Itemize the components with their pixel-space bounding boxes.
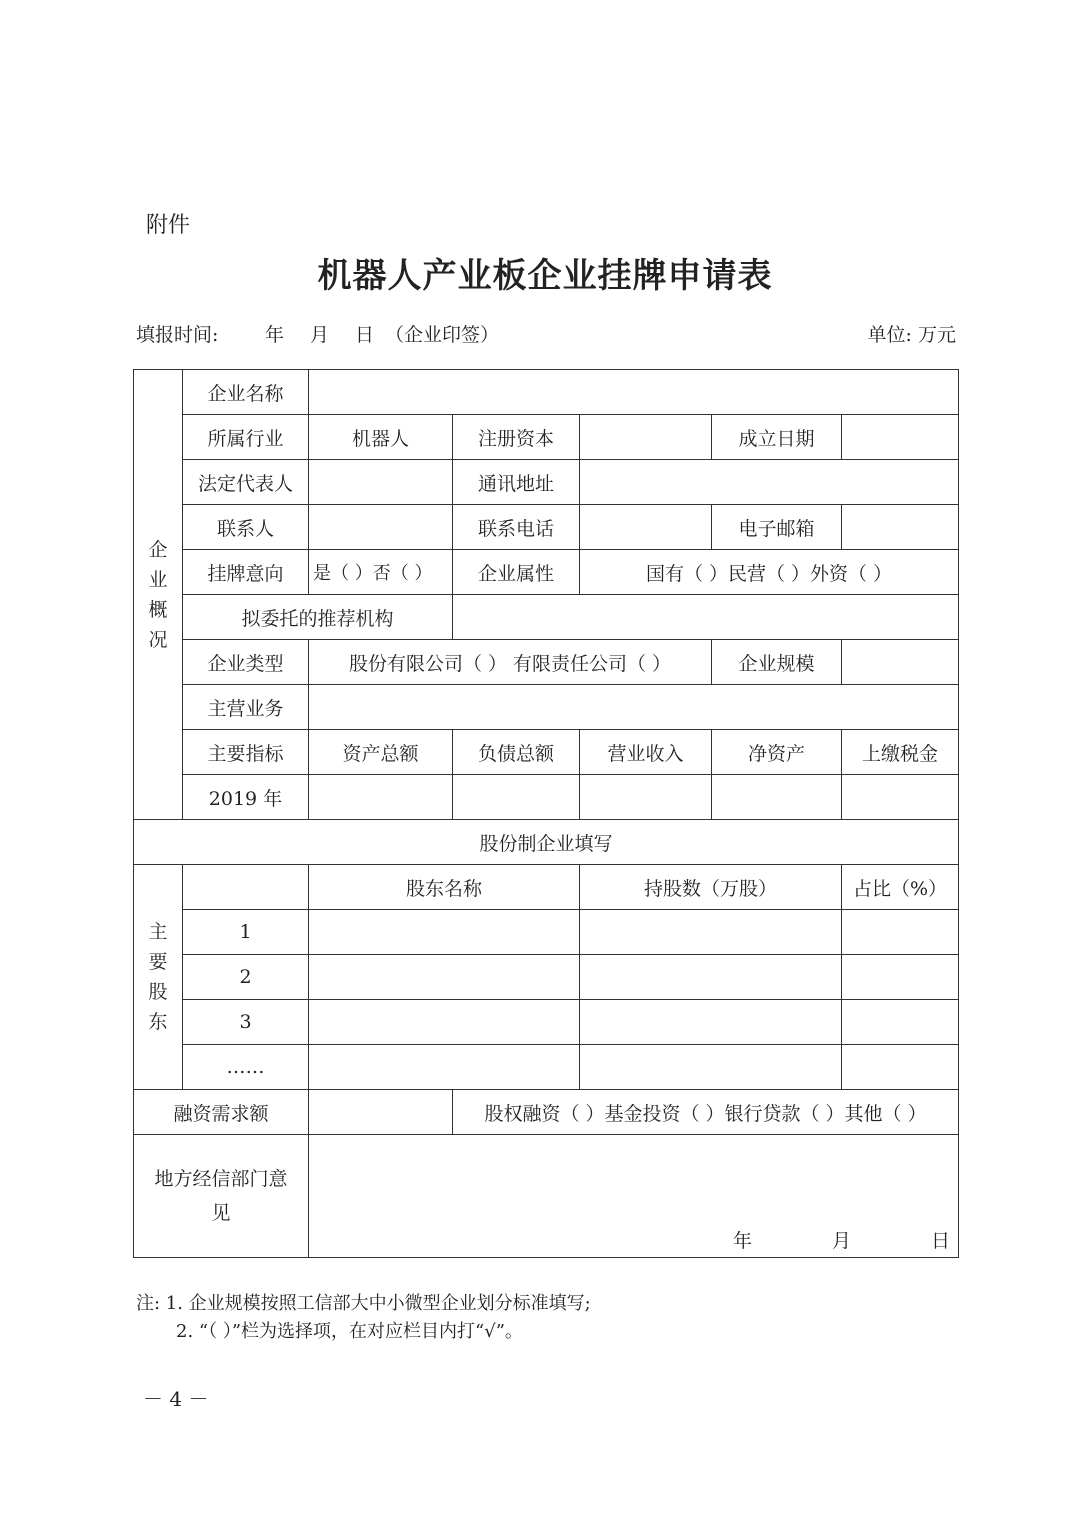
main-business-label: 主营业务 xyxy=(183,685,309,730)
opinion-month-label: 月 xyxy=(832,1226,851,1253)
attachment-label: 附件 xyxy=(146,208,190,239)
financing-amount-field[interactable] xyxy=(309,1090,453,1135)
indicator-header-taxes: 上缴税金 xyxy=(842,730,959,775)
established-date-field[interactable] xyxy=(842,415,959,460)
shareholder-row: …… xyxy=(134,1045,959,1090)
shareholder-row: 2 xyxy=(134,955,959,1000)
phone-label: 联系电话 xyxy=(453,505,580,550)
shareholder-name-field[interactable] xyxy=(309,910,580,955)
email-label: 电子邮箱 xyxy=(712,505,842,550)
email-field[interactable] xyxy=(842,505,959,550)
company-nature-options[interactable]: 国有（ ）民营（ ）外资（ ） xyxy=(580,550,959,595)
shareholder-shares-field[interactable] xyxy=(580,1045,842,1090)
indicators-label: 主要指标 xyxy=(183,730,309,775)
company-name-field[interactable] xyxy=(309,370,959,415)
shareholder-name-header: 股东名称 xyxy=(309,865,580,910)
shareholder-row: 1 xyxy=(134,910,959,955)
sponsor-field[interactable] xyxy=(453,595,959,640)
shareholder-name-field[interactable] xyxy=(309,1045,580,1090)
indicator-header-assets: 资产总额 xyxy=(309,730,453,775)
year-label: 2019 年 xyxy=(183,775,309,820)
unit-label: 单位: 万元 xyxy=(868,320,956,347)
shareholder-name-field[interactable] xyxy=(309,1000,580,1045)
liabilities-field[interactable] xyxy=(453,775,580,820)
contact-field[interactable] xyxy=(309,505,453,550)
opinion-label: 地方经信部门意见 xyxy=(134,1135,309,1258)
industry-field[interactable]: 机器人 xyxy=(309,415,453,460)
shareholder-ratio-field[interactable] xyxy=(842,955,959,1000)
shareholder-name-field[interactable] xyxy=(309,955,580,1000)
shareholder-ratio-field[interactable] xyxy=(842,910,959,955)
shareholder-index-header xyxy=(183,865,309,910)
opinion-day-label: 日 xyxy=(931,1226,950,1253)
note-2: 2. “（ ）”栏为选择项，在对应栏目内打“√”。 xyxy=(136,1318,591,1346)
listing-intent-label: 挂牌意向 xyxy=(183,550,309,595)
net-assets-field[interactable] xyxy=(712,775,842,820)
shareholder-index: 2 xyxy=(183,955,309,1000)
shareholder-ratio-field[interactable] xyxy=(842,1000,959,1045)
indicator-header-net-assets: 净资产 xyxy=(712,730,842,775)
contact-label: 联系人 xyxy=(183,505,309,550)
application-form-table: 企业概况 企业名称 所属行业 机器人 注册资本 成立日期 法定代表人 通讯地址 … xyxy=(133,369,959,1258)
opinion-year-label: 年 xyxy=(733,1226,752,1253)
indicator-header-liabilities: 负债总额 xyxy=(453,730,580,775)
shareholder-index: 3 xyxy=(183,1000,309,1045)
taxes-field[interactable] xyxy=(842,775,959,820)
financing-options[interactable]: 股权融资（ ）基金投资（ ）银行贷款（ ）其他（ ） xyxy=(453,1090,959,1135)
assets-field[interactable] xyxy=(309,775,453,820)
fill-day-label: 日 xyxy=(355,320,374,347)
shareholder-row: 3 xyxy=(134,1000,959,1045)
shareholder-index: …… xyxy=(183,1045,309,1090)
fill-time-label: 填报时间: xyxy=(136,320,218,347)
company-scale-label: 企业规模 xyxy=(712,640,842,685)
company-nature-label: 企业属性 xyxy=(453,550,580,595)
shareholder-index: 1 xyxy=(183,910,309,955)
shareholder-shares-field[interactable] xyxy=(580,910,842,955)
phone-field[interactable] xyxy=(580,505,712,550)
company-type-label: 企业类型 xyxy=(183,640,309,685)
fill-month-label: 月 xyxy=(310,320,329,347)
registered-capital-field[interactable] xyxy=(580,415,712,460)
industry-label: 所属行业 xyxy=(183,415,309,460)
sponsor-label: 拟委托的推荐机构 xyxy=(183,595,453,640)
legal-rep-label: 法定代表人 xyxy=(183,460,309,505)
shareholders-section-label: 主要股东 xyxy=(134,865,183,1090)
fill-year-label: 年 xyxy=(265,320,284,347)
company-type-options[interactable]: 股份有限公司（ ） 有限责任公司（ ） xyxy=(309,640,712,685)
shareholder-shares-header: 持股数（万股） xyxy=(580,865,842,910)
revenue-field[interactable] xyxy=(580,775,712,820)
notes: 注: 1. 企业规模按照工信部大中小微型企业划分标准填写; 2. “（ ）”栏为… xyxy=(136,1290,591,1346)
joint-stock-section-label: 股份制企业填写 xyxy=(134,820,959,865)
seal-note: （企业印签） xyxy=(385,320,499,347)
address-label: 通讯地址 xyxy=(453,460,580,505)
main-business-field[interactable] xyxy=(309,685,959,730)
legal-rep-field[interactable] xyxy=(309,460,453,505)
shareholder-ratio-header: 占比（%） xyxy=(842,865,959,910)
shareholder-shares-field[interactable] xyxy=(580,955,842,1000)
registered-capital-label: 注册资本 xyxy=(453,415,580,460)
listing-intent-options[interactable]: 是（ ）否（ ） xyxy=(309,550,453,595)
form-title: 机器人产业板企业挂牌申请表 xyxy=(0,248,1080,297)
shareholder-ratio-field[interactable] xyxy=(842,1045,959,1090)
address-field[interactable] xyxy=(580,460,959,505)
shareholder-shares-field[interactable] xyxy=(580,1000,842,1045)
indicator-header-revenue: 营业收入 xyxy=(580,730,712,775)
opinion-field[interactable]: 年 月 日 xyxy=(309,1135,959,1258)
financing-label: 融资需求额 xyxy=(134,1090,309,1135)
established-date-label: 成立日期 xyxy=(712,415,842,460)
page-number: － 4 － xyxy=(143,1383,208,1412)
company-scale-field[interactable] xyxy=(842,640,959,685)
note-1: 注: 1. 企业规模按照工信部大中小微型企业划分标准填写; xyxy=(136,1290,591,1318)
company-overview-section-label: 企业概况 xyxy=(134,370,183,820)
company-name-label: 企业名称 xyxy=(183,370,309,415)
